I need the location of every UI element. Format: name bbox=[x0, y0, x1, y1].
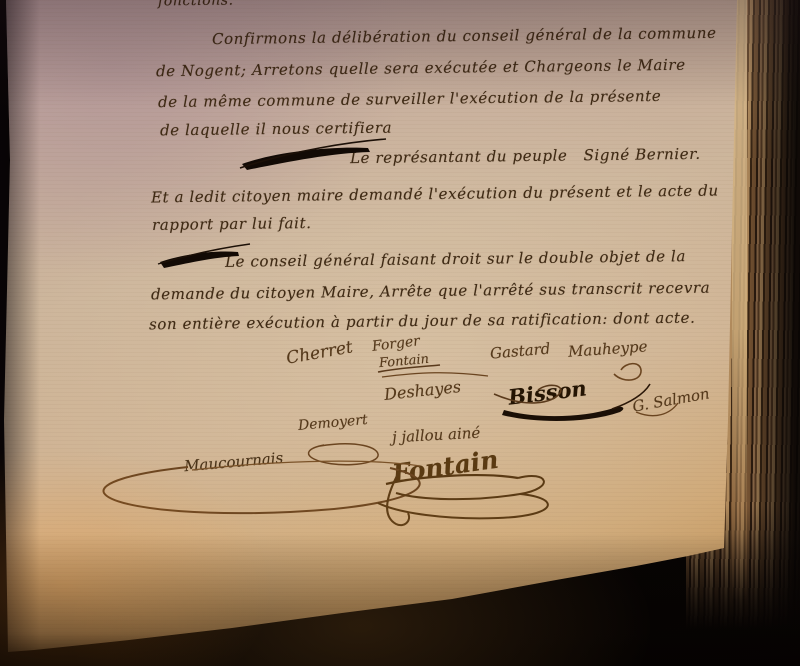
signature-bisson: Bisson bbox=[507, 375, 588, 409]
signature-jallou-aine: j jallou ainé bbox=[392, 424, 481, 447]
manuscript-line: Et a ledit citoyen maire demandé l'exécu… bbox=[151, 182, 719, 207]
manuscript-line: son entière exécution à partir du jour d… bbox=[149, 309, 696, 334]
manuscript-line: Confirmons la délibération du conseil gé… bbox=[212, 24, 717, 48]
signature-gastard: Gastard bbox=[489, 339, 551, 362]
signature-demoyert: Demoyert bbox=[297, 412, 368, 434]
signature-fontain-small: Fontain bbox=[378, 352, 429, 371]
signature-mauheype: Mauheype bbox=[567, 337, 648, 360]
manuscript-line: de laquelle il nous certifiera bbox=[160, 119, 392, 140]
manuscript-line: demande du citoyen Maire, Arrête que l'a… bbox=[151, 279, 710, 304]
signature-paraph bbox=[309, 444, 379, 465]
manuscript-line: rapport par lui fait. bbox=[152, 214, 312, 234]
signature-fontain-grand: Fontain bbox=[391, 445, 501, 489]
signature-underline bbox=[502, 407, 623, 421]
manuscript-line-top-partial: fonctions. bbox=[158, 0, 234, 9]
signature-paraph bbox=[378, 494, 548, 518]
signature-paraph bbox=[614, 364, 641, 380]
signature-underline bbox=[382, 373, 488, 377]
signature-paraph bbox=[104, 467, 420, 513]
signature-deshayes: Deshayes bbox=[383, 377, 462, 404]
manuscript-line: de la même commune de surveiller l'exécu… bbox=[158, 87, 662, 111]
signature-cherret: Cherret bbox=[285, 337, 355, 368]
manuscript-line-signed-bernier: Le représantant du peuple Signé Bernier. bbox=[350, 145, 701, 167]
manuscript-photograph: fonctions. Confirmons la délibération du… bbox=[0, 0, 800, 666]
signature-forger: Forger bbox=[371, 333, 421, 355]
signature-g-salmon: G. Salmon bbox=[631, 384, 711, 415]
manuscript-line: Le conseil général faisant droit sur le … bbox=[225, 247, 686, 271]
signature-maucournais: Maucournais bbox=[183, 449, 284, 476]
manuscript-page: fonctions. Confirmons la délibération du… bbox=[0, 0, 800, 666]
manuscript-line: de Nogent; Arretons quelle sera exécutée… bbox=[156, 56, 686, 80]
